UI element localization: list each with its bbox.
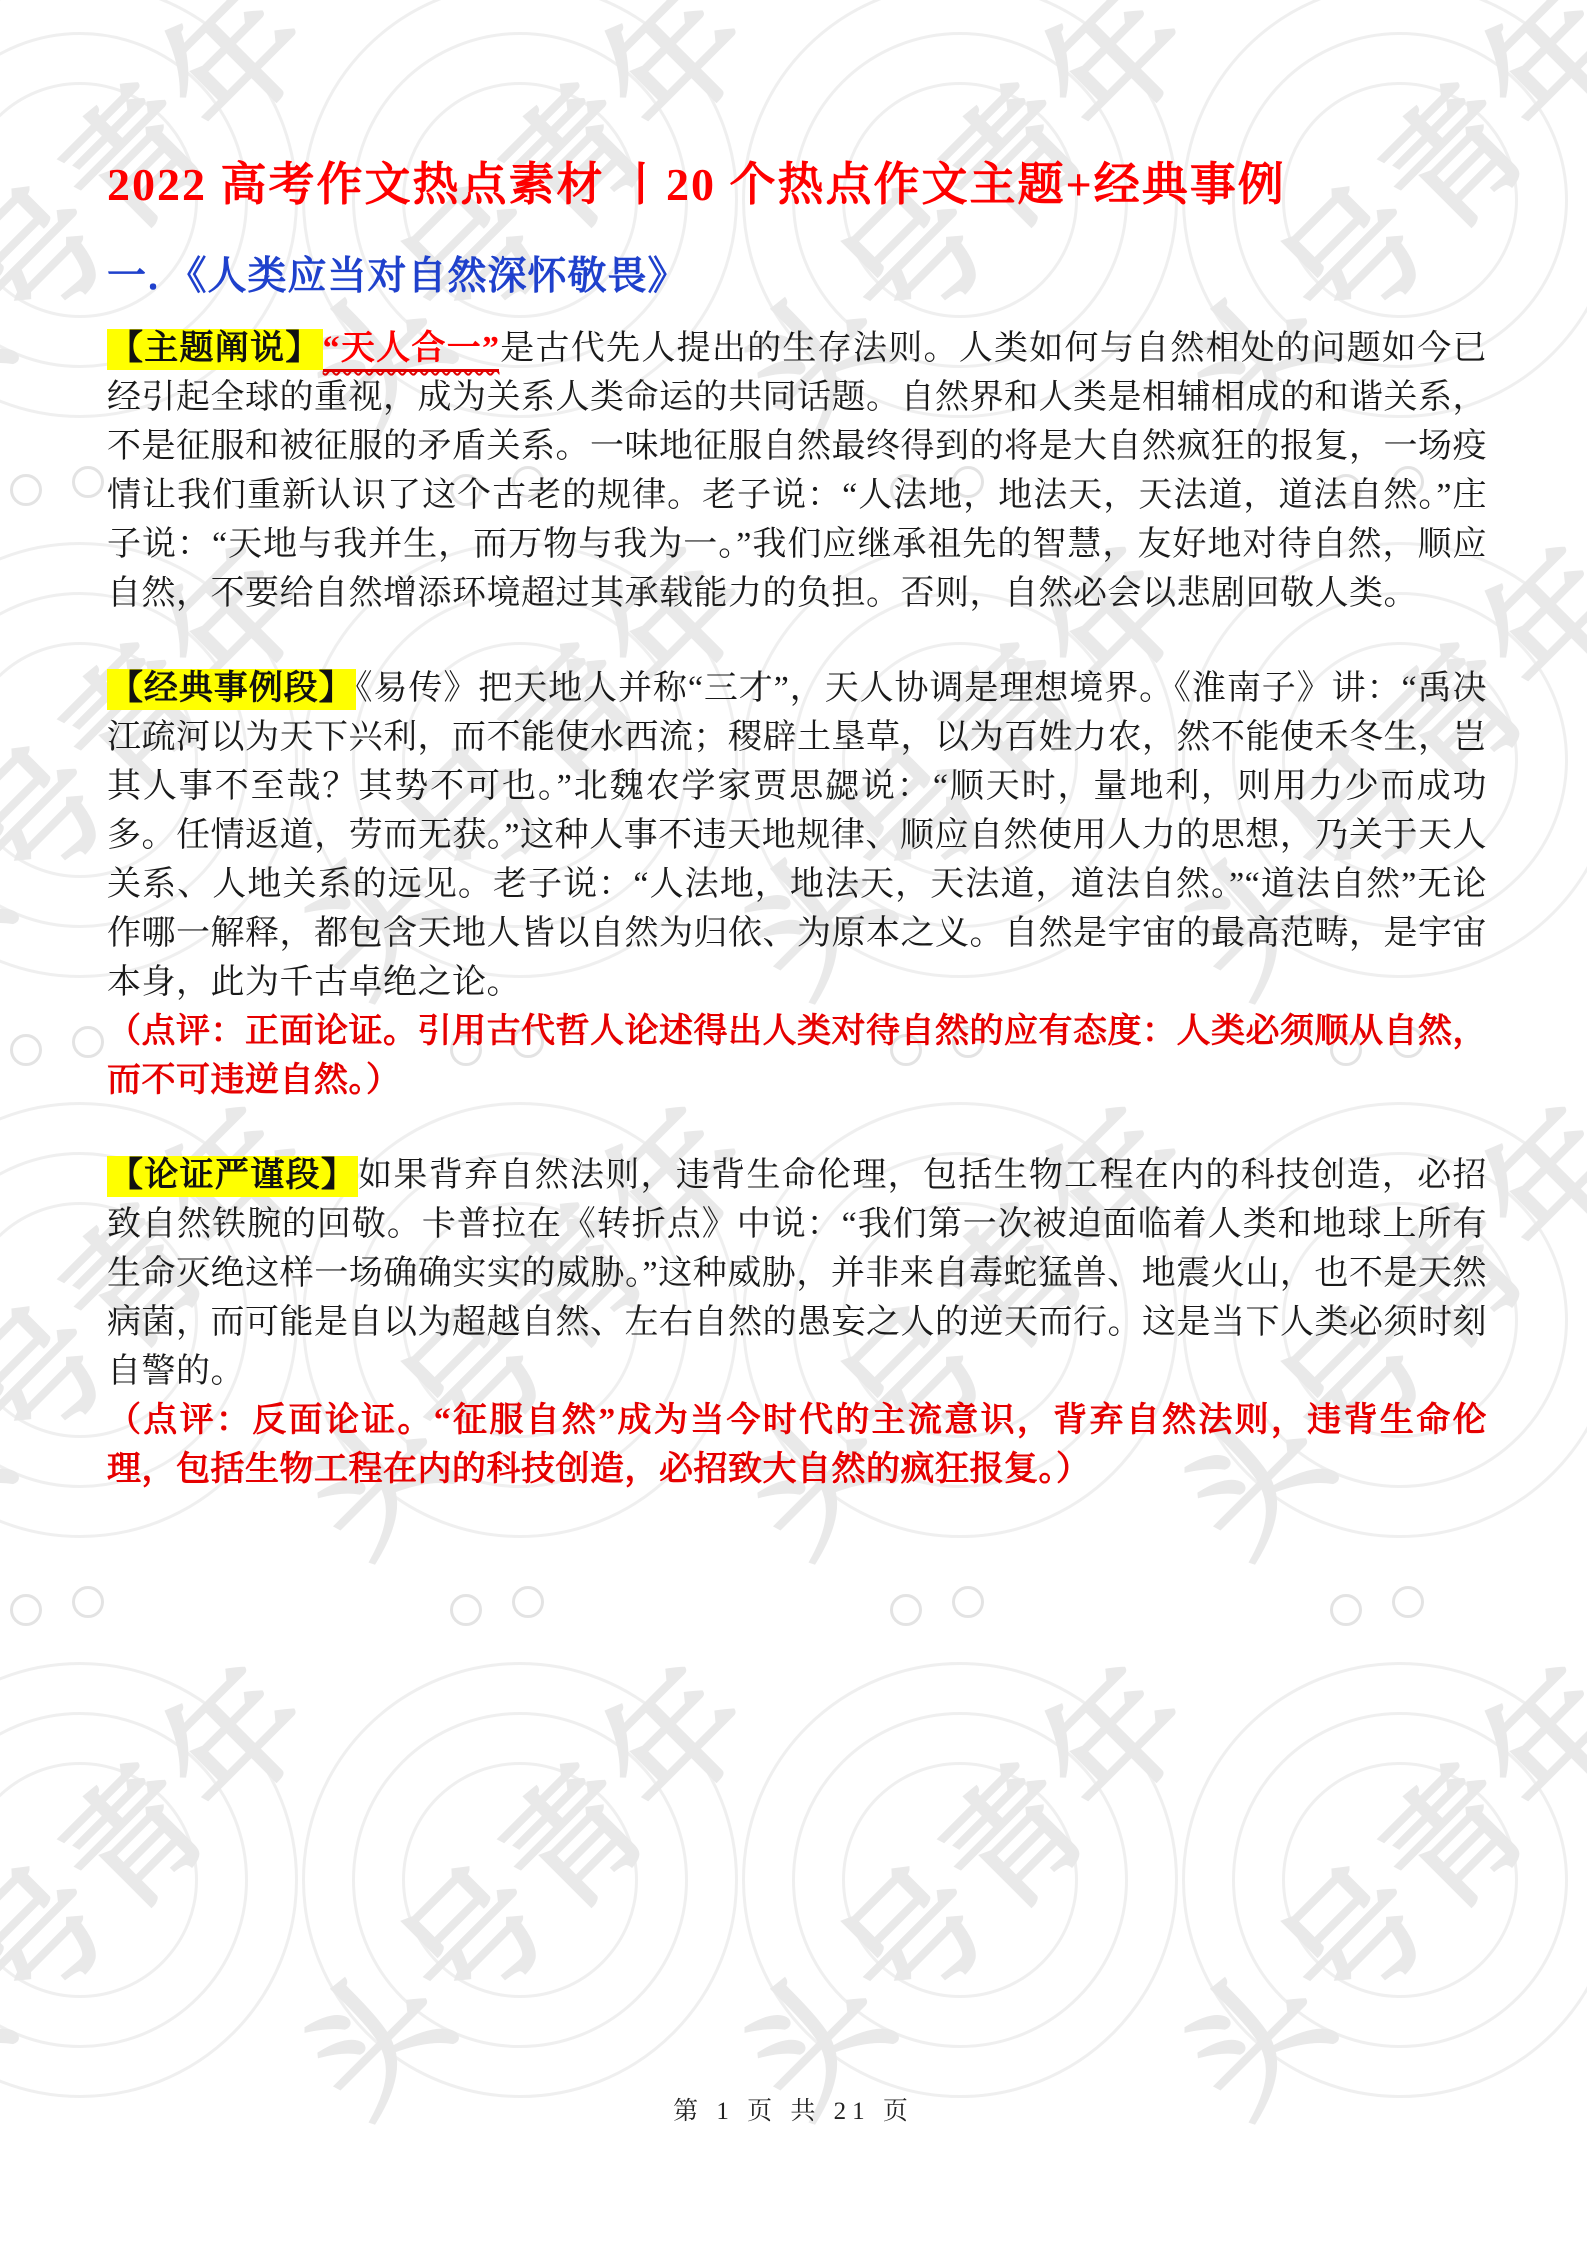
example-comment: （点评：正面论证。引用古代哲人论述得出人类对待自然的应有态度：人类必须顺从自然，… bbox=[107, 1007, 1487, 1105]
watermark: 头号青年 bbox=[740, 1600, 1180, 2160]
watermark-ring-icon bbox=[842, 1762, 1078, 1998]
watermark-circle-icon bbox=[952, 1586, 984, 1618]
key-term-underlined: “天人合一” bbox=[323, 330, 500, 372]
watermark-ring-icon bbox=[1182, 1662, 1587, 2098]
watermark-text: 头号青年 bbox=[0, 1612, 348, 2148]
watermark-ring-icon bbox=[0, 1712, 248, 2048]
watermark-circle-icon bbox=[512, 1586, 544, 1618]
argument-comment: （点评：反面论证。“征服自然”成为当今时代的主流意识，背弃自然法则，违背生命伦理… bbox=[107, 1396, 1487, 1494]
watermark-text: 头号青年 bbox=[252, 1612, 788, 2148]
paragraph-argument: 【论证严谨段】如果背弃自然法则，违背生命伦理，包括生物工程在内的科技创造，必招致… bbox=[107, 1151, 1487, 1396]
paragraph-theme: 【主题阐说】“天人合一”是古代先人提出的生存法则。人类如何与自然相处的问题如今已… bbox=[107, 324, 1487, 618]
example-text: 《易传》把天地人并称“三才”，天人协调是理想境界。《淮南子》讲：“禹决江疏河以为… bbox=[107, 670, 1487, 1001]
watermark-text: 头号青年 bbox=[692, 1612, 1228, 2148]
watermark-ring-icon bbox=[302, 1662, 738, 2098]
document-page: 头号青年 头号青年 头号青年 头号青年 头号青年 头号青年 bbox=[0, 0, 1587, 2245]
watermark-circle-icon bbox=[1392, 1586, 1424, 1618]
watermark: 头号青年 bbox=[0, 1600, 300, 2160]
paragraph-example: 【经典事例段】《易传》把天地人并称“三才”，天人协调是理想境界。《淮南子》讲：“… bbox=[107, 664, 1487, 1007]
watermark-circle-icon bbox=[72, 1026, 104, 1058]
watermark-circle-icon bbox=[72, 466, 104, 498]
watermark-circle-icon bbox=[10, 474, 42, 506]
page-footer: 第 1 页 共 21 页 bbox=[0, 2091, 1587, 2127]
watermark-circle-icon bbox=[1330, 1594, 1362, 1626]
watermark-circle-icon bbox=[10, 1594, 42, 1626]
theme-text: 是古代先人提出的生存法则。人类如何与自然相处的问题如今已经引起全球的重视，成为关… bbox=[107, 330, 1487, 612]
watermark-circle-icon bbox=[450, 1594, 482, 1626]
watermark-circle-icon bbox=[890, 1594, 922, 1626]
document-content: 2022 高考作文热点素材 丨20 个热点作文主题+经典事例 一．《人类应当对自… bbox=[107, 158, 1487, 1494]
watermark-ring-icon bbox=[792, 1712, 1128, 2048]
argument-label-highlight: 【论证严谨段】 bbox=[107, 1156, 358, 1197]
watermark-ring-icon bbox=[0, 1762, 198, 1998]
watermark-circle-icon bbox=[10, 1034, 42, 1066]
watermark-text: 头号青年 bbox=[1132, 1612, 1587, 2148]
watermark-ring-icon bbox=[0, 1662, 298, 2098]
document-title: 2022 高考作文热点素材 丨20 个热点作文主题+经典事例 bbox=[107, 158, 1487, 212]
theme-label-highlight: 【主题阐说】 bbox=[107, 329, 323, 370]
watermark-ring-icon bbox=[742, 1662, 1178, 2098]
watermark-circle-icon bbox=[72, 1586, 104, 1618]
watermark-ring-icon bbox=[402, 1762, 638, 1998]
watermark-ring-icon bbox=[352, 1712, 688, 2048]
example-label-highlight: 【经典事例段】 bbox=[107, 669, 356, 710]
watermark: 头号青年 bbox=[1180, 1600, 1587, 2160]
watermark-ring-icon bbox=[1232, 1712, 1568, 2048]
section-heading: 一．《人类应当对自然深怀敬畏》 bbox=[107, 254, 1487, 300]
watermark: 头号青年 bbox=[300, 1600, 740, 2160]
watermark-ring-icon bbox=[1282, 1762, 1518, 1998]
